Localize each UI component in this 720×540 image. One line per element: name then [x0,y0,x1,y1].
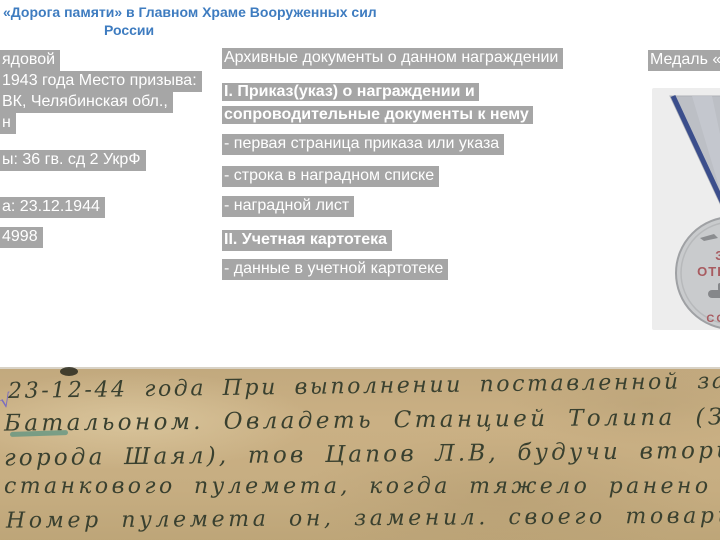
documents-section1-heading: I. Приказ(указ) о награждении и сопровод… [222,80,544,126]
medal-inscription-cccp: СССР [706,313,720,325]
documents-section2-heading: II. Учетная картотека [222,230,392,251]
handwritten-line: станкового пулемета, когда тяжело ранено… [4,474,720,499]
handwritten-line: Номер пулемета он, заменил. своего товар… [6,503,720,533]
medal-inscription-za: ЗА [715,248,720,263]
documents-title: Архивные документы о данном награждении [222,48,563,69]
award-title: Медаль «З [648,50,720,71]
field-rank: ядовой [0,50,60,71]
handwritten-line: города Шаял), тов Цапов Л.В, будучи втор… [4,437,720,472]
field-archive-number: 4998 [0,227,43,248]
field-feat-date: а: 23.12.1944 [0,197,105,218]
doroga-pamyati-link-line2[interactable]: России [104,21,154,39]
field-draft-place: ВК, Челябинская обл., [0,92,173,113]
medal-for-courage-image[interactable]: ЗА ОТВАГУ СССР [652,88,720,330]
doc-link-award-list-row[interactable]: - строка в наградном списке [222,166,439,187]
doc-link-card-index-data[interactable]: - данные в учетной картотеке [222,259,448,280]
medal-illustration: ЗА ОТВАГУ СССР [652,88,720,330]
handwritten-line: 23-12-44 года При выполнении поставленно… [8,367,720,404]
doc-link-award-sheet[interactable]: - наградной лист [222,196,354,217]
handwritten-line: Батальоном. Овладеть Станцией Толипа (За… [4,403,720,436]
field-draft-year: 1943 года Место призыва: [0,71,202,92]
ink-blot [60,367,78,376]
field-military-unit: ы: 36 гв. сд 2 УкрФ [0,150,146,171]
field-district: н [0,113,16,134]
doc-link-order-first-page[interactable]: - первая страница приказа или указа [222,134,504,155]
medal-inscription-otvagu: ОТВАГУ [697,264,720,279]
award-sheet-scan[interactable]: √ 23-12-44 года При выполнении поставлен… [0,367,720,540]
doroga-pamyati-link[interactable]: «Дорога памяти» в Главном Храме Вооружен… [3,3,377,21]
